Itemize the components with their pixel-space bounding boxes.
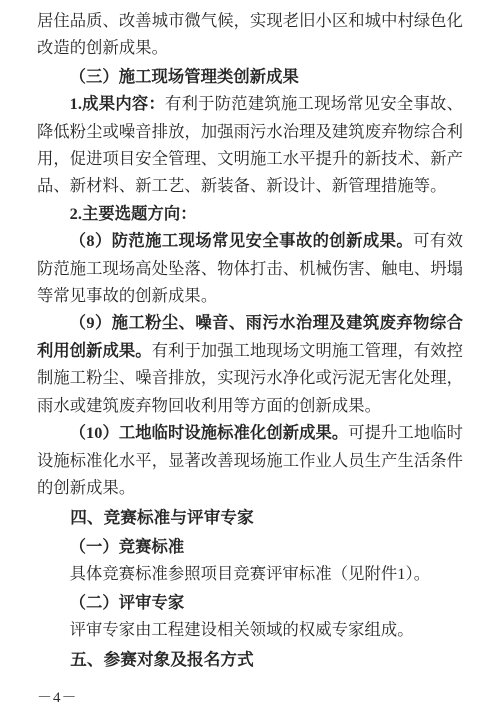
heading-subsection-2-review-experts: （二）评审专家 (37, 589, 463, 616)
page-number: －4－ (37, 686, 78, 707)
paragraph-achievement-content: 1.成果内容：有利于防范建筑施工现场常见安全事故、降低粉尘或噪音排放，加强雨污水… (37, 90, 463, 200)
label-topic-10: （10）工地临时设施标准化创新成果。 (70, 423, 349, 442)
heading-section-5-participants-registration: 五、参赛对象及报名方式 (37, 646, 463, 673)
heading-subsection-1-competition-standards: （一）竞赛标准 (37, 533, 463, 560)
paragraph-topic-10-temp-facilities: （10）工地临时设施标准化创新成果。可提升工地临时设施标准化水平，显著改善现场施… (37, 419, 463, 501)
heading-section-4-standards-experts: 四、竞赛标准与评审专家 (37, 504, 463, 531)
label-topic-8: （8）防范施工现场常见安全事故的创新成果。 (70, 231, 414, 250)
label-main-topics: 2.主要选题方向： (70, 204, 197, 223)
paragraph-green-renovation-continuation: 居住品质、改善城市微气候，实现老旧小区和城中村绿色化改造的创新成果。 (37, 7, 463, 62)
paragraph-competition-standards: 具体竞赛标准参照项目竞赛评审标准（见附件1）。 (37, 560, 463, 587)
paragraph-review-experts: 评审专家由工程建设相关领域的权威专家组成。 (37, 616, 463, 643)
heading-section-3-site-management: （三）施工现场管理类创新成果 (37, 63, 463, 90)
label-achievement-content: 1.成果内容： (70, 94, 165, 113)
paragraph-topic-8-safety: （8）防范施工现场常见安全事故的创新成果。可有效防范施工现场高处坠落、物体打击、… (37, 227, 463, 309)
paragraph-main-topics-label: 2.主要选题方向： (37, 200, 463, 227)
document-page: 居住品质、改善城市微气候，实现老旧小区和城中村绿色化改造的创新成果。 （三）施工… (0, 0, 500, 715)
paragraph-topic-9-dust-noise: （9）施工粉尘、噪音、雨污水治理及建筑废弃物综合利用创新成果。有利于加强工地现场… (37, 309, 463, 419)
